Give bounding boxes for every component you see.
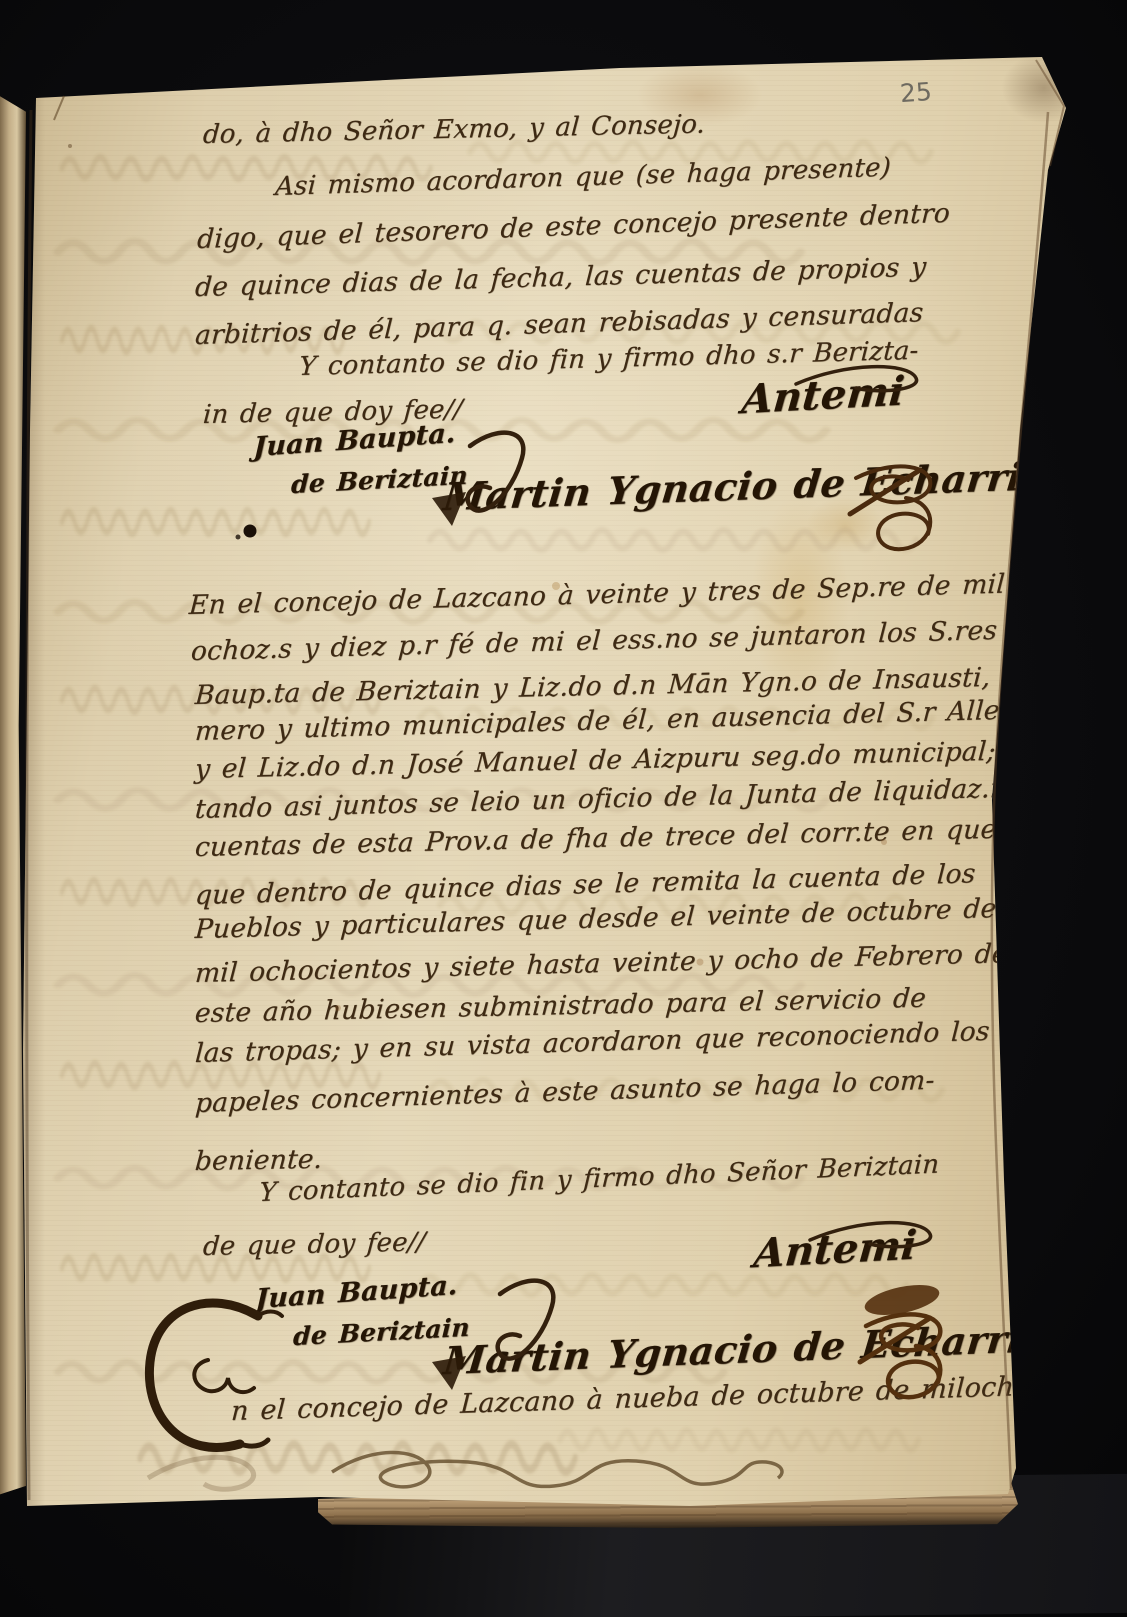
manuscript-page: 25 do, à dho Señor Exmo, y al Consejo. A… bbox=[0, 0, 1127, 1617]
ante-mi-mark: Antemi bbox=[752, 1221, 919, 1277]
manuscript-line: de que doy fee// bbox=[202, 1227, 427, 1262]
adjacent-page-edge bbox=[0, 92, 26, 1500]
manuscript-scan: 25 do, à dho Señor Exmo, y al Consejo. A… bbox=[0, 0, 1127, 1617]
folio-number: 25 bbox=[899, 77, 933, 108]
manuscript-line: beniente. bbox=[194, 1144, 324, 1177]
ante-mi-mark: Antemi bbox=[740, 367, 907, 423]
